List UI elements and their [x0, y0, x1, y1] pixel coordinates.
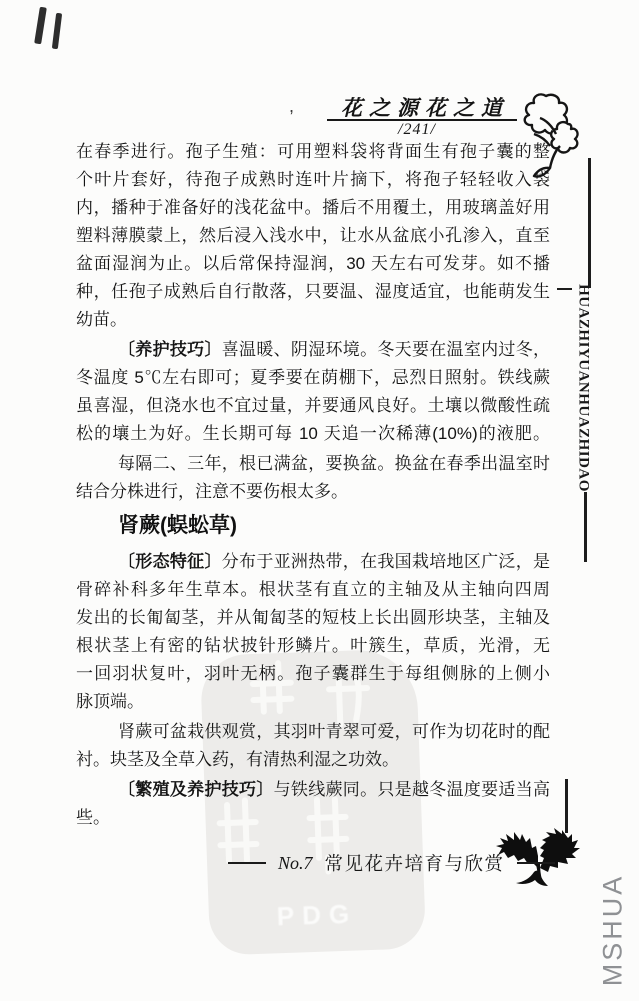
margin-dash — [557, 288, 572, 290]
line-text: 冬温度 5℃左右即可；夏季要在荫棚下，忌烈日照射。铁线蕨 — [76, 368, 550, 387]
footer-rule-right — [517, 862, 555, 865]
section-label: 〔养护技巧〕 — [118, 340, 222, 359]
scanned-book-page: , PDG 花之源花之道 /241/ — [0, 0, 639, 1001]
line-text: 在春季进行。孢子生殖：可用塑料袋将背面生有孢子囊的整 — [76, 142, 550, 161]
footer: No.7 常见花卉培育与欣赏 — [228, 850, 555, 876]
footer-title: 常见花卉培育与欣赏 — [325, 850, 505, 876]
page-number: /241/ — [398, 121, 436, 139]
line-text: 一回羽状复叶，羽叶无柄。孢子囊群生于每组侧脉的上侧小 — [76, 664, 550, 683]
line-text: 种，任孢子成熟后自行散落，只要温、湿度适宜，也能萌发生出 — [76, 282, 550, 306]
section-heading: 肾蕨(蜈蚣草) — [76, 512, 550, 540]
line-text: 幼苗。 — [76, 310, 127, 329]
scan-artifact-mark: , — [289, 96, 294, 117]
ink-smudge-mark — [52, 13, 62, 49]
margin-rule — [588, 158, 591, 288]
text-line: 〔养护技巧〕喜温暖、阴湿环境。冬天要在温室内过冬，越 — [76, 336, 550, 364]
line-text: 与铁线蕨同。只是越冬温度要适当高 — [274, 780, 550, 799]
text-line: 个叶片套好，待孢子成熟时连叶片摘下，将孢子轻轻收入袋 — [76, 166, 550, 194]
text-line: 〔繁殖及养护技巧〕与铁线蕨同。只是越冬温度要适当高 — [76, 776, 550, 804]
section-label: 〔形态特征〕 — [118, 552, 222, 571]
text-line: 内，播种于准备好的浅花盆中。播后不用覆土，用玻璃盖好用 — [76, 194, 550, 222]
text-line: 幼苗。 — [76, 306, 550, 334]
line-text: 些。 — [76, 808, 110, 827]
text-line: 衬。块茎及全草入药，有清热利湿之功效。 — [76, 746, 550, 774]
text-line: 虽喜湿，但浇水也不宜过量，并要通风良好。土壤以微酸性疏 — [76, 392, 550, 420]
line-text: 塑料薄膜蒙上，然后浸入浅水中，让水从盆底小孔渗入，直至 — [76, 226, 550, 245]
text-line: 发出的长匍匐茎，并从匍匐茎的短枝上长出圆形块茎，主轴及 — [76, 604, 550, 632]
line-text: 骨碎补科多年生草本。根状茎有直立的主轴及从主轴向四周 — [76, 580, 550, 599]
text-line: 〔形态特征〕分布于亚洲热带，在我国栽培地区广泛，是 — [76, 548, 550, 576]
line-text: 虽喜湿，但浇水也不宜过量，并要通风良好。土壤以微酸性疏 — [76, 396, 550, 415]
line-text: 根状茎上有密的钻状披针形鳞片。叶簇生，草质，光滑，无毛； — [76, 636, 550, 660]
text-line: 根状茎上有密的钻状披针形鳞片。叶簇生，草质，光滑，无毛； — [76, 632, 550, 660]
text-line: 些。 — [76, 804, 550, 832]
line-text: 结合分株进行，注意不要伤根太多。 — [76, 482, 348, 501]
text-line: 盆面湿润为止。以后常保持湿润，30 天左右可发芽。如不播 — [76, 250, 550, 278]
footer-rule-left — [228, 862, 266, 865]
mshua-watermark: MSHUA — [598, 874, 629, 987]
text-line: 松的壤土为好。生长期可每 10 天追一次稀薄(10%)的液肥。 — [76, 420, 550, 448]
footer-series-no: No.7 — [278, 853, 313, 874]
text-line: 结合分株进行，注意不要伤根太多。 — [76, 478, 550, 506]
text-line: 脉顶端。 — [76, 688, 550, 716]
text-line: 骨碎补科多年生草本。根状茎有直立的主轴及从主轴向四周 — [76, 576, 550, 604]
pdg-watermark-label: PDG — [276, 899, 357, 933]
section-label: 〔繁殖及养护技巧〕 — [118, 780, 274, 799]
text-line: 一回羽状复叶，羽叶无柄。孢子囊群生于每组侧脉的上侧小 — [76, 660, 550, 688]
line-text: 盆面湿润为止。以后常保持湿润，30 天左右可发芽。如不播 — [76, 254, 550, 273]
body-text: 在春季进行。孢子生殖：可用塑料袋将背面生有孢子囊的整 个叶片套好，待孢子成熟时连… — [76, 138, 550, 832]
text-line: 肾蕨可盆栽供观赏，其羽叶青翠可爱，可作为切花时的配 — [76, 718, 550, 746]
line-text: 衬。块茎及全草入药，有清热利湿之功效。 — [76, 750, 399, 769]
margin-rule — [565, 779, 568, 833]
text-line: 塑料薄膜蒙上，然后浸入浅水中，让水从盆底小孔渗入，直至 — [76, 222, 550, 250]
ink-smudge-mark — [34, 7, 47, 45]
text-line: 每隔二、三年，根已满盆，要换盆。换盆在春季出温室时 — [76, 450, 550, 478]
book-title-pinyin: HUAZHIYUANHUAZHIDAO — [575, 284, 592, 492]
line-text: 个叶片套好，待孢子成熟时连叶片摘下，将孢子轻轻收入袋 — [76, 170, 550, 189]
text-line: 种，任孢子成熟后自行散落，只要温、湿度适宜，也能萌发生出 — [76, 278, 550, 306]
book-title: 花之源花之道 — [341, 92, 509, 122]
line-text: 松的壤土为好。生长期可每 10 天追一次稀薄(10%)的液肥。 — [76, 424, 550, 443]
line-text: 脉顶端。 — [76, 692, 144, 711]
margin-rule — [584, 492, 587, 562]
line-text: 内，播种于准备好的浅花盆中。播后不用覆土，用玻璃盖好用 — [76, 198, 550, 217]
line-text: 分布于亚洲热带，在我国栽培地区广泛，是 — [222, 552, 550, 571]
line-text: 每隔二、三年，根已满盆，要换盆。换盆在春季出温室时 — [118, 454, 550, 473]
text-line: 冬温度 5℃左右即可；夏季要在荫棚下，忌烈日照射。铁线蕨 — [76, 364, 550, 392]
text-line: 在春季进行。孢子生殖：可用塑料袋将背面生有孢子囊的整 — [76, 138, 550, 166]
line-text: 发出的长匍匐茎，并从匍匐茎的短枝上长出圆形块茎，主轴及 — [76, 608, 550, 627]
line-text: 肾蕨可盆栽供观赏，其羽叶青翠可爱，可作为切花时的配 — [118, 722, 550, 741]
